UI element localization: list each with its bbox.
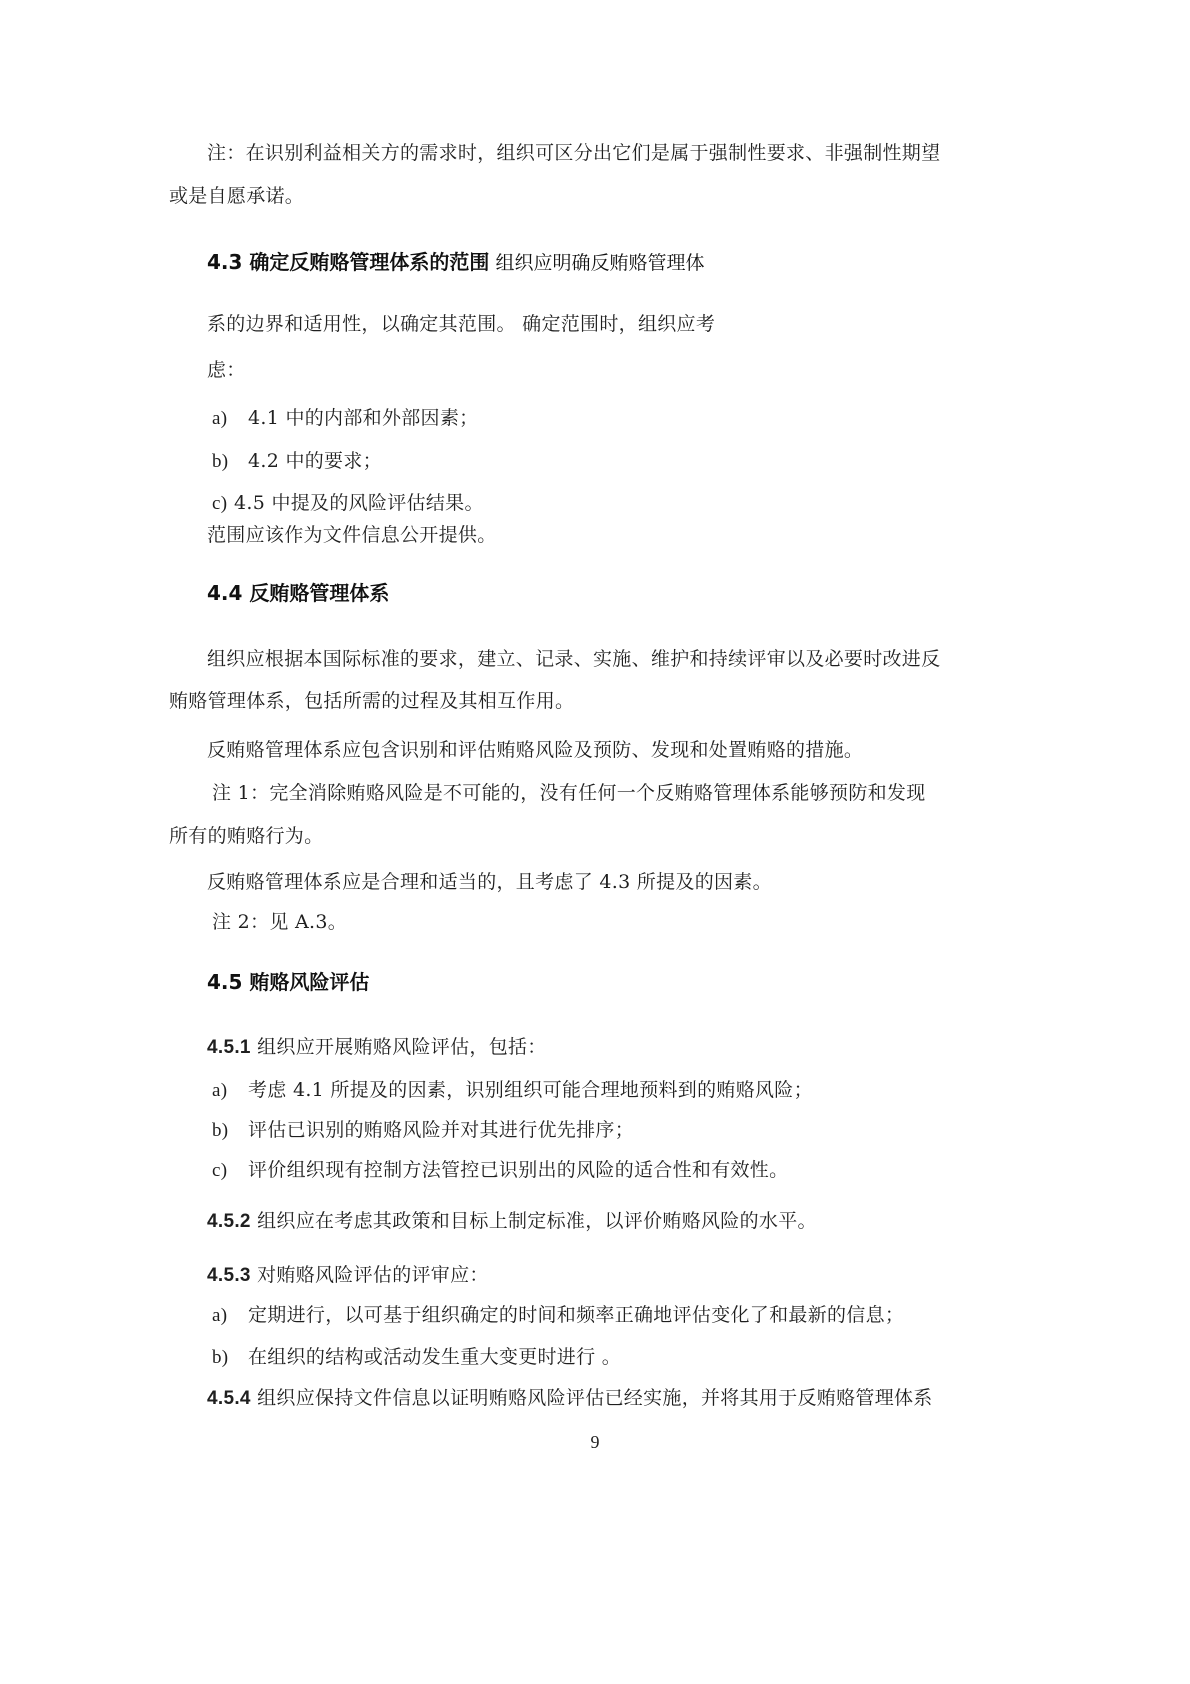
list-item: b)在组织的结构或活动发生重大变更时进行 。 [212,1344,621,1371]
clause-number: 4.5.1 [207,1037,251,1058]
section-4-3-heading-tail: 组织应明确反贿赂管理体 [489,252,704,274]
list-marker: c) [212,491,234,517]
clause-number: 4.5.2 [207,1211,251,1232]
list-text: 定期进行，以可基于组织确定的时间和频率正确地评估变化了和最新的信息； [248,1304,904,1326]
list-item: c)4.5 中提及的风险评估结果。 [212,490,484,517]
clause-text: 组织应保持文件信息以证明贿赂风险评估已经实施，并将其用于反贿赂管理体系 [251,1387,933,1409]
section-4-3-closing: 范围应该作为文件信息公开提供。 [207,522,497,548]
page-number: 9 [0,1432,1190,1453]
list-item: a)定期进行，以可基于组织确定的时间和频率正确地评估变化了和最新的信息； [212,1302,904,1329]
clause-number: 4.5.3 [207,1265,251,1286]
list-marker: c) [212,1158,248,1184]
list-item: a)4.1 中的内部和外部因素； [212,405,478,432]
section-4-5-heading: 4.5 贿赂风险评估 [207,968,369,996]
list-item: a)考虑 4.1 所提及的因素，识别组织可能合理地预料到的贿赂风险； [212,1077,813,1104]
section-4-3-line-3: 虑： [207,357,246,383]
list-item: b)评估已识别的贿赂风险并对其进行优先排序； [212,1117,634,1144]
section-4-3-heading: 4.3 确定反贿赂管理体系的范围 [207,250,489,274]
clause-text: 组织应开展贿赂风险评估，包括： [251,1036,547,1058]
section-4-4-para2: 反贿赂管理体系应包含识别和评估贿赂风险及预防、发现和处置贿赂的措施。 [207,737,863,763]
list-text: 考虑 4.1 所提及的因素，识别组织可能合理地预料到的贿赂风险； [248,1079,813,1101]
clause-4-5-4: 4.5.4 组织应保持文件信息以证明贿赂风险评估已经实施，并将其用于反贿赂管理体… [207,1385,933,1412]
list-marker: a) [212,1078,248,1104]
section-4-4-heading: 4.4 反贿赂管理体系 [207,579,389,607]
clause-4-5-1: 4.5.1 组织应开展贿赂风险评估，包括： [207,1034,547,1061]
note-line-2: 或是自愿承诺。 [169,183,304,209]
section-4-4-note1-line2: 所有的贿赂行为。 [169,823,323,849]
section-4-4-para1-line1: 组织应根据本国际标准的要求，建立、记录、实施、维护和持续评审以及必要时改进反 [207,646,940,672]
list-marker: a) [212,1303,248,1329]
section-4-3-line-2: 系的边界和适用性，以确定其范围。 确定范围时，组织应考 [207,311,715,337]
clause-text: 对贿赂风险评估的评审应： [251,1264,489,1286]
section-4-3-heading-row: 4.3 确定反贿赂管理体系的范围 组织应明确反贿赂管理体 [207,248,704,277]
section-4-4-note2: 注 2：见 A.3。 [212,909,347,935]
clause-4-5-3: 4.5.3 对贿赂风险评估的评审应： [207,1262,489,1289]
clause-text: 组织应在考虑其政策和目标上制定标准，以评价贿赂风险的水平。 [251,1210,817,1232]
list-text: 4.1 中的内部和外部因素； [248,407,478,429]
list-marker: b) [212,449,248,475]
section-4-4-note1-line1: 注 1：完全消除贿赂风险是不可能的，没有任何一个反贿赂管理体系能够预防和发现 [212,780,926,806]
section-4-4-para1-line2: 贿赂管理体系，包括所需的过程及其相互作用。 [169,688,574,714]
document-page: 注：在识别利益相关方的需求时，组织可区分出它们是属于强制性要求、非强制性期望 或… [0,0,1190,1684]
list-text: 在组织的结构或活动发生重大变更时进行 。 [248,1346,621,1368]
list-text: 4.5 中提及的风险评估结果。 [234,492,484,514]
clause-number: 4.5.4 [207,1388,251,1409]
list-marker: a) [212,406,248,432]
list-marker: b) [212,1345,248,1371]
list-text: 4.2 中的要求； [248,450,382,472]
section-4-4-para3: 反贿赂管理体系应是合理和适当的，且考虑了 4.3 所提及的因素。 [207,869,772,895]
clause-4-5-2: 4.5.2 组织应在考虑其政策和目标上制定标准，以评价贿赂风险的水平。 [207,1208,817,1235]
list-text: 评价组织现有控制方法管控已识别出的风险的适合性和有效性。 [248,1159,788,1181]
note-line-1: 注：在识别利益相关方的需求时，组织可区分出它们是属于强制性要求、非强制性期望 [207,140,940,166]
list-item: c)评价组织现有控制方法管控已识别出的风险的适合性和有效性。 [212,1157,788,1184]
list-item: b)4.2 中的要求； [212,448,382,475]
list-marker: b) [212,1118,248,1144]
list-text: 评估已识别的贿赂风险并对其进行优先排序； [248,1119,634,1141]
